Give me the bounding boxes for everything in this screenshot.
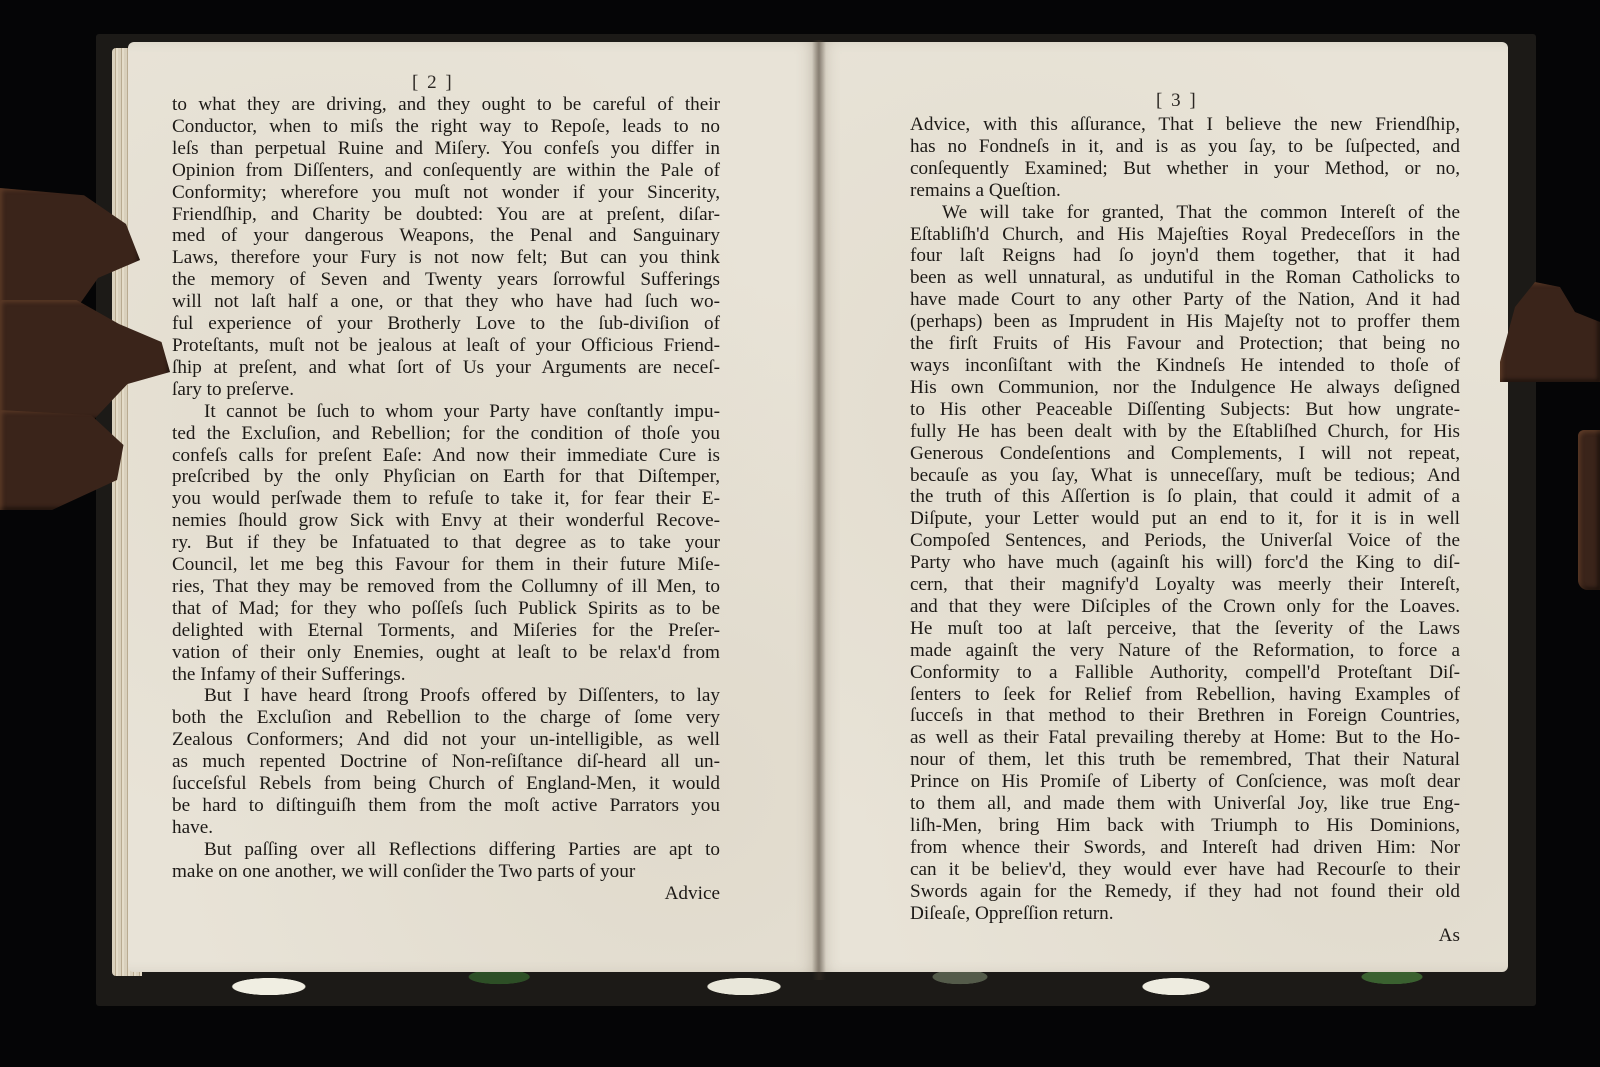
- text-line: and that they were Diſciples of the Crow…: [910, 596, 1460, 618]
- text-line: ted the Excluſion, and Rebellion; for th…: [172, 423, 720, 445]
- text-line: ſenters to ſeek for Relief from Rebellio…: [910, 684, 1460, 706]
- text-line: Party who have much (againſt his will) f…: [910, 552, 1460, 574]
- text-line: His own Communion, nor the Indulgence He…: [910, 377, 1460, 399]
- text-line: as well as their Fatal prevailing thereb…: [910, 727, 1460, 749]
- text-line: from whence their Swords, and Intereſt h…: [910, 837, 1460, 859]
- text-line: ries, That they may be removed from the …: [172, 576, 720, 598]
- text-line: med of your dangerous Weapons, the Penal…: [172, 225, 720, 247]
- text-line: the memory of Seven and Twenty years ſor…: [172, 269, 720, 291]
- text-line: It cannot be ſuch to whom your Party hav…: [172, 401, 720, 423]
- text-line: vation of their only Enemies, ought at l…: [172, 642, 720, 664]
- text-line: will not laſt half a one, or that they w…: [172, 291, 720, 313]
- text-line: be hard to diſtinguiſh them from the moſ…: [172, 795, 720, 817]
- text-line: ſhip at preſent, and what ſort of Us you…: [172, 357, 720, 379]
- text-line: been as well unnatural, as undutiful in …: [910, 267, 1460, 289]
- text-line: can it be believ'd, they would ever have…: [910, 859, 1460, 881]
- text-line: Zealous Conformers; And did not your un-…: [172, 729, 720, 751]
- text-line: the Infamy of their Sufferings.: [172, 664, 720, 686]
- text-line: Conformity; wherefore you muſt not wonde…: [172, 182, 720, 204]
- page-number: [ 3 ]: [1156, 90, 1198, 112]
- book-gutter: [812, 40, 826, 980]
- text-line: Friendſhip, and Charity be doubted: You …: [172, 204, 720, 226]
- text-line: remains a Queſtion.: [910, 180, 1460, 202]
- page-number: [ 2 ]: [412, 72, 454, 94]
- text-line: Proteſtants, muſt not be jealous at leaſ…: [172, 335, 720, 357]
- text-line: Eſtabliſh'd Church, and His Majeſties Ro…: [910, 224, 1460, 246]
- text-line: ſary to preſerve.: [172, 379, 720, 401]
- text-line: liſh-Men, bring Him back with Triumph to…: [910, 815, 1460, 837]
- text-line: ry. But if they be Infatuated to that de…: [172, 532, 720, 554]
- right-page: [ 3 ] Advice, with this aſſurance, That …: [818, 42, 1508, 972]
- text-line: Opinion from Diſſenters, and conſequentl…: [172, 160, 720, 182]
- text-line: you would perſwade them to refuſe to tak…: [172, 488, 720, 510]
- text-line: leſs than perpetual Ruine and Miſery. Yo…: [172, 138, 720, 160]
- text-line: We will take for granted, That the commo…: [910, 202, 1460, 224]
- text-line: to them all, and made them with Univerſa…: [910, 793, 1460, 815]
- text-line: as much repented Doctrine of Non-reſiſta…: [172, 751, 720, 773]
- text-line: ſucceſsful Rebels from being Church of E…: [172, 773, 720, 795]
- text-line: But I have heard ſtrong Proofs offered b…: [172, 685, 720, 707]
- catchword: As: [910, 925, 1460, 947]
- left-page-text: to what they are driving, and they ought…: [172, 94, 720, 905]
- text-line: preſcribed by the only Phyſician on Eart…: [172, 466, 720, 488]
- text-line: nemies ſhould grow Sick with Envy at the…: [172, 510, 720, 532]
- text-line: to His other Peaceable Diſſenting Subjec…: [910, 399, 1460, 421]
- text-line: ſucceſs in that method to their Brethren…: [910, 705, 1460, 727]
- text-line: four laſt Reigns had ſo joyn'd them toge…: [910, 245, 1460, 267]
- text-line: Generous Condeſentions and Complements, …: [910, 443, 1460, 465]
- text-line: delighted with Eternal Torments, and Miſ…: [172, 620, 720, 642]
- text-line: ways inconſiſtant with the Kindneſs He i…: [910, 355, 1460, 377]
- text-line: has no Fondneſs in it, and is as you ſay…: [910, 136, 1460, 158]
- text-line: the firſt Fruits of His Favour and Prote…: [910, 333, 1460, 355]
- text-line: the truth of this Aſſertion is ſo plain,…: [910, 486, 1460, 508]
- text-line: Diſeaſe, Oppreſſion return.: [910, 903, 1460, 925]
- right-page-text: Advice, with this aſſurance, That I beli…: [910, 114, 1460, 946]
- text-line: Diſpute, your Letter would put an end to…: [910, 508, 1460, 530]
- text-line: Conductor, when to miſs the right way to…: [172, 116, 720, 138]
- metal-clip-icon: [1578, 430, 1600, 590]
- text-line: He muſt too at laſt perceive, that the ſ…: [910, 618, 1460, 640]
- text-line: Swords again for the Remedy, if they had…: [910, 881, 1460, 903]
- text-line: But paſſing over all Reflections differi…: [172, 839, 720, 861]
- text-line: have.: [172, 817, 720, 839]
- text-line: Conformity to a Fallible Authority, comp…: [910, 662, 1460, 684]
- text-line: (perhaps) been as Imprudent in His Majeſ…: [910, 311, 1460, 333]
- text-line: make on one another, we will conſider th…: [172, 861, 720, 883]
- text-line: Council, let me beg this Favour for them…: [172, 554, 720, 576]
- text-line: Prince on His Promiſe of Liberty of Conſ…: [910, 771, 1460, 793]
- text-line: to what they are driving, and they ought…: [172, 94, 720, 116]
- text-line: have made Court to any other Party of th…: [910, 289, 1460, 311]
- text-line: confeſs calls for preſent Eaſe: And now …: [172, 445, 720, 467]
- text-line: Laws, therefore your Fury is not now fel…: [172, 247, 720, 269]
- text-line: Advice, with this aſſurance, That I beli…: [910, 114, 1460, 136]
- text-line: nour of them, let this truth be remembre…: [910, 749, 1460, 771]
- text-line: both the Excluſion and Rebellion to the …: [172, 707, 720, 729]
- text-line: cern, that their magnify'd Loyalty was m…: [910, 574, 1460, 596]
- left-page: [ 2 ] to what they are driving, and they…: [128, 42, 818, 972]
- text-line: fully He has been dealt with by the Eſta…: [910, 421, 1460, 443]
- text-line: ful experience of your Brotherly Love to…: [172, 313, 720, 335]
- text-line: conſequently Examined; But whether in yo…: [910, 158, 1460, 180]
- text-line: made againſt the very Nature of the Refo…: [910, 640, 1460, 662]
- text-line: Compoſed Sentences, and Periods, the Uni…: [910, 530, 1460, 552]
- text-line: that of Mad; for they who poſſeſs ſuch P…: [172, 598, 720, 620]
- catchword: Advice: [172, 883, 720, 905]
- text-line: becauſe as you ſay, What is unneceſſary,…: [910, 465, 1460, 487]
